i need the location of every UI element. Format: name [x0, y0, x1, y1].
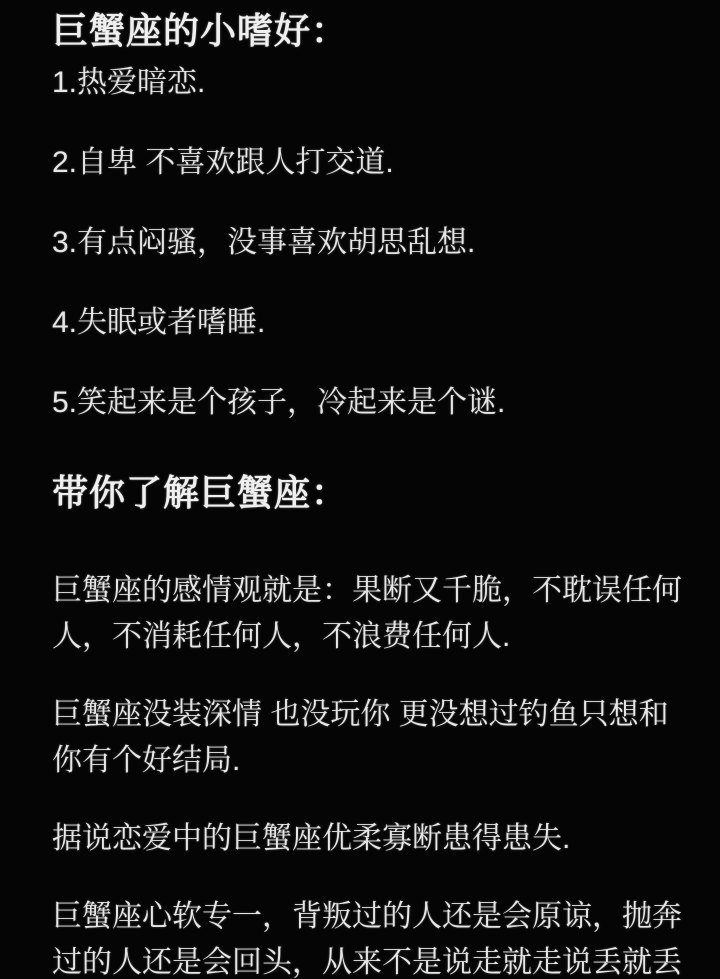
list-item: 1.热爱暗恋. — [52, 66, 700, 100]
paragraph-line: 过的人还是会回头，从来不是说走就走说丢就丢 — [52, 940, 700, 979]
paragraph-line: 人，不消耗任何人，不浪费任何人. — [52, 614, 700, 660]
hobby-list: 1.热爱暗恋.2.自卑 不喜欢跟人打交道.3.有点闷骚，没事喜欢胡思乱想.4.失… — [52, 66, 700, 420]
list-item: 3.有点闷骚，没事喜欢胡思乱想. — [52, 226, 700, 260]
paragraph-line: 巨蟹座没装深情 也没玩你 更没想过钓鱼只想和 — [52, 692, 700, 738]
article: 巨蟹座的小嗜好： 1.热爱暗恋.2.自卑 不喜欢跟人打交道.3.有点闷骚，没事喜… — [0, 0, 720, 979]
paragraph-line: 巨蟹座心软专一，背叛过的人还是会原谅，抛奔 — [52, 894, 700, 940]
paragraph: 巨蟹座的感情观就是：果断又千脆，不耽误任何人，不消耗任何人，不浪费任何人. — [52, 568, 700, 660]
paragraph-line: 据说恋爱中的巨蟹座优柔寡断患得患失. — [52, 816, 700, 862]
paragraph-line: 巨蟹座的感情观就是：果断又千脆，不耽误任何 — [52, 568, 700, 614]
section-heading-about: 带你了解巨蟹座： — [52, 472, 700, 514]
list-item: 4.失眠或者嗜睡. — [52, 306, 700, 340]
about-paragraphs: 巨蟹座的感情观就是：果断又千脆，不耽误任何人，不消耗任何人，不浪费任何人.巨蟹座… — [52, 568, 700, 979]
paragraph: 巨蟹座没装深情 也没玩你 更没想过钓鱼只想和你有个好结局. — [52, 692, 700, 784]
list-item: 5.笑起来是个孩子，冷起来是个谜. — [52, 386, 700, 420]
list-item: 2.自卑 不喜欢跟人打交道. — [52, 146, 700, 180]
paragraph-line: 你有个好结局. — [52, 738, 700, 784]
paragraph: 据说恋爱中的巨蟹座优柔寡断患得患失. — [52, 816, 700, 862]
paragraph: 巨蟹座心软专一，背叛过的人还是会原谅，抛奔过的人还是会回头，从来不是说走就走说丢… — [52, 894, 700, 979]
section-heading-hobbies: 巨蟹座的小嗜好： — [52, 10, 700, 52]
